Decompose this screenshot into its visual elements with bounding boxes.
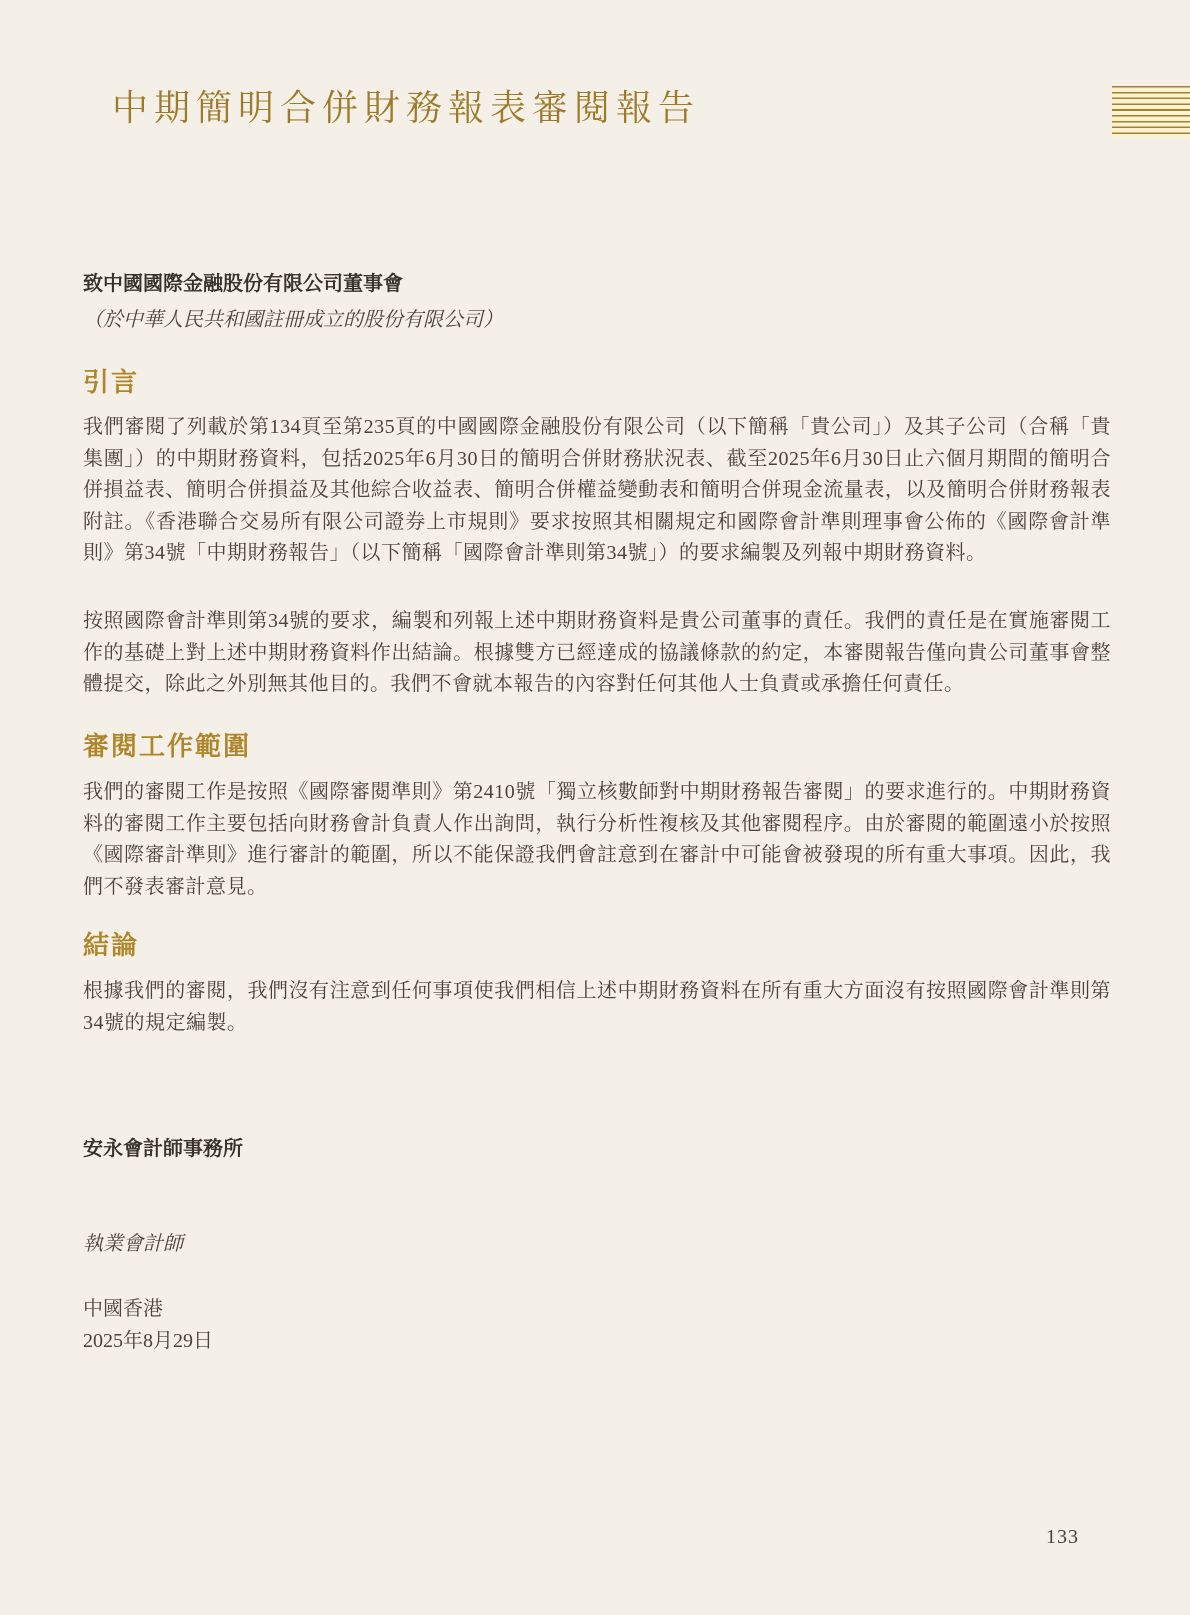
scope-paragraph: 我們的審閱工作是按照《國際審閱準則》第2410號「獨立核數師對中期財務報告審閱」… xyxy=(83,777,1111,903)
practising-accountants-label: 執業會計師 xyxy=(83,1229,183,1261)
incorporation-line: （於中華人民共和國註冊成立的股份有限公司） xyxy=(83,305,503,337)
section-heading-introduction: 引言 xyxy=(83,365,139,399)
page-number: 133 xyxy=(1046,1526,1079,1549)
conclusion-paragraph: 根據我們的審閱，我們沒有注意到任何事項使我們相信上述中期財務資料在所有重大方面沒… xyxy=(83,976,1111,1039)
section-heading-scope-of-review: 審閱工作範圍 xyxy=(83,729,251,763)
section-heading-conclusion: 結論 xyxy=(83,928,139,962)
place-and-date-block: 中國香港 2025年8月29日 xyxy=(83,1294,213,1357)
signature-date: 2025年8月29日 xyxy=(83,1326,213,1358)
addressee-line: 致中國國際金融股份有限公司董事會 xyxy=(83,269,403,301)
audit-firm-name: 安永會計師事務所 xyxy=(83,1134,243,1166)
signature-location: 中國香港 xyxy=(83,1294,213,1326)
gold-stripes-decoration xyxy=(1112,86,1190,137)
review-report-page: 中期簡明合併財務報表審閱報告 致中國國際金融股份有限公司董事會 （於中華人民共和… xyxy=(0,0,1190,1615)
page-title: 中期簡明合併財務報表審閱報告 xyxy=(112,80,700,131)
introduction-paragraph-1: 我們審閱了列載於第134頁至第235頁的中國國際金融股份有限公司（以下簡稱「貴公… xyxy=(83,412,1111,570)
introduction-paragraph-2: 按照國際會計準則第34號的要求，編製和列報上述中期財務資料是貴公司董事的責任。我… xyxy=(83,606,1111,701)
